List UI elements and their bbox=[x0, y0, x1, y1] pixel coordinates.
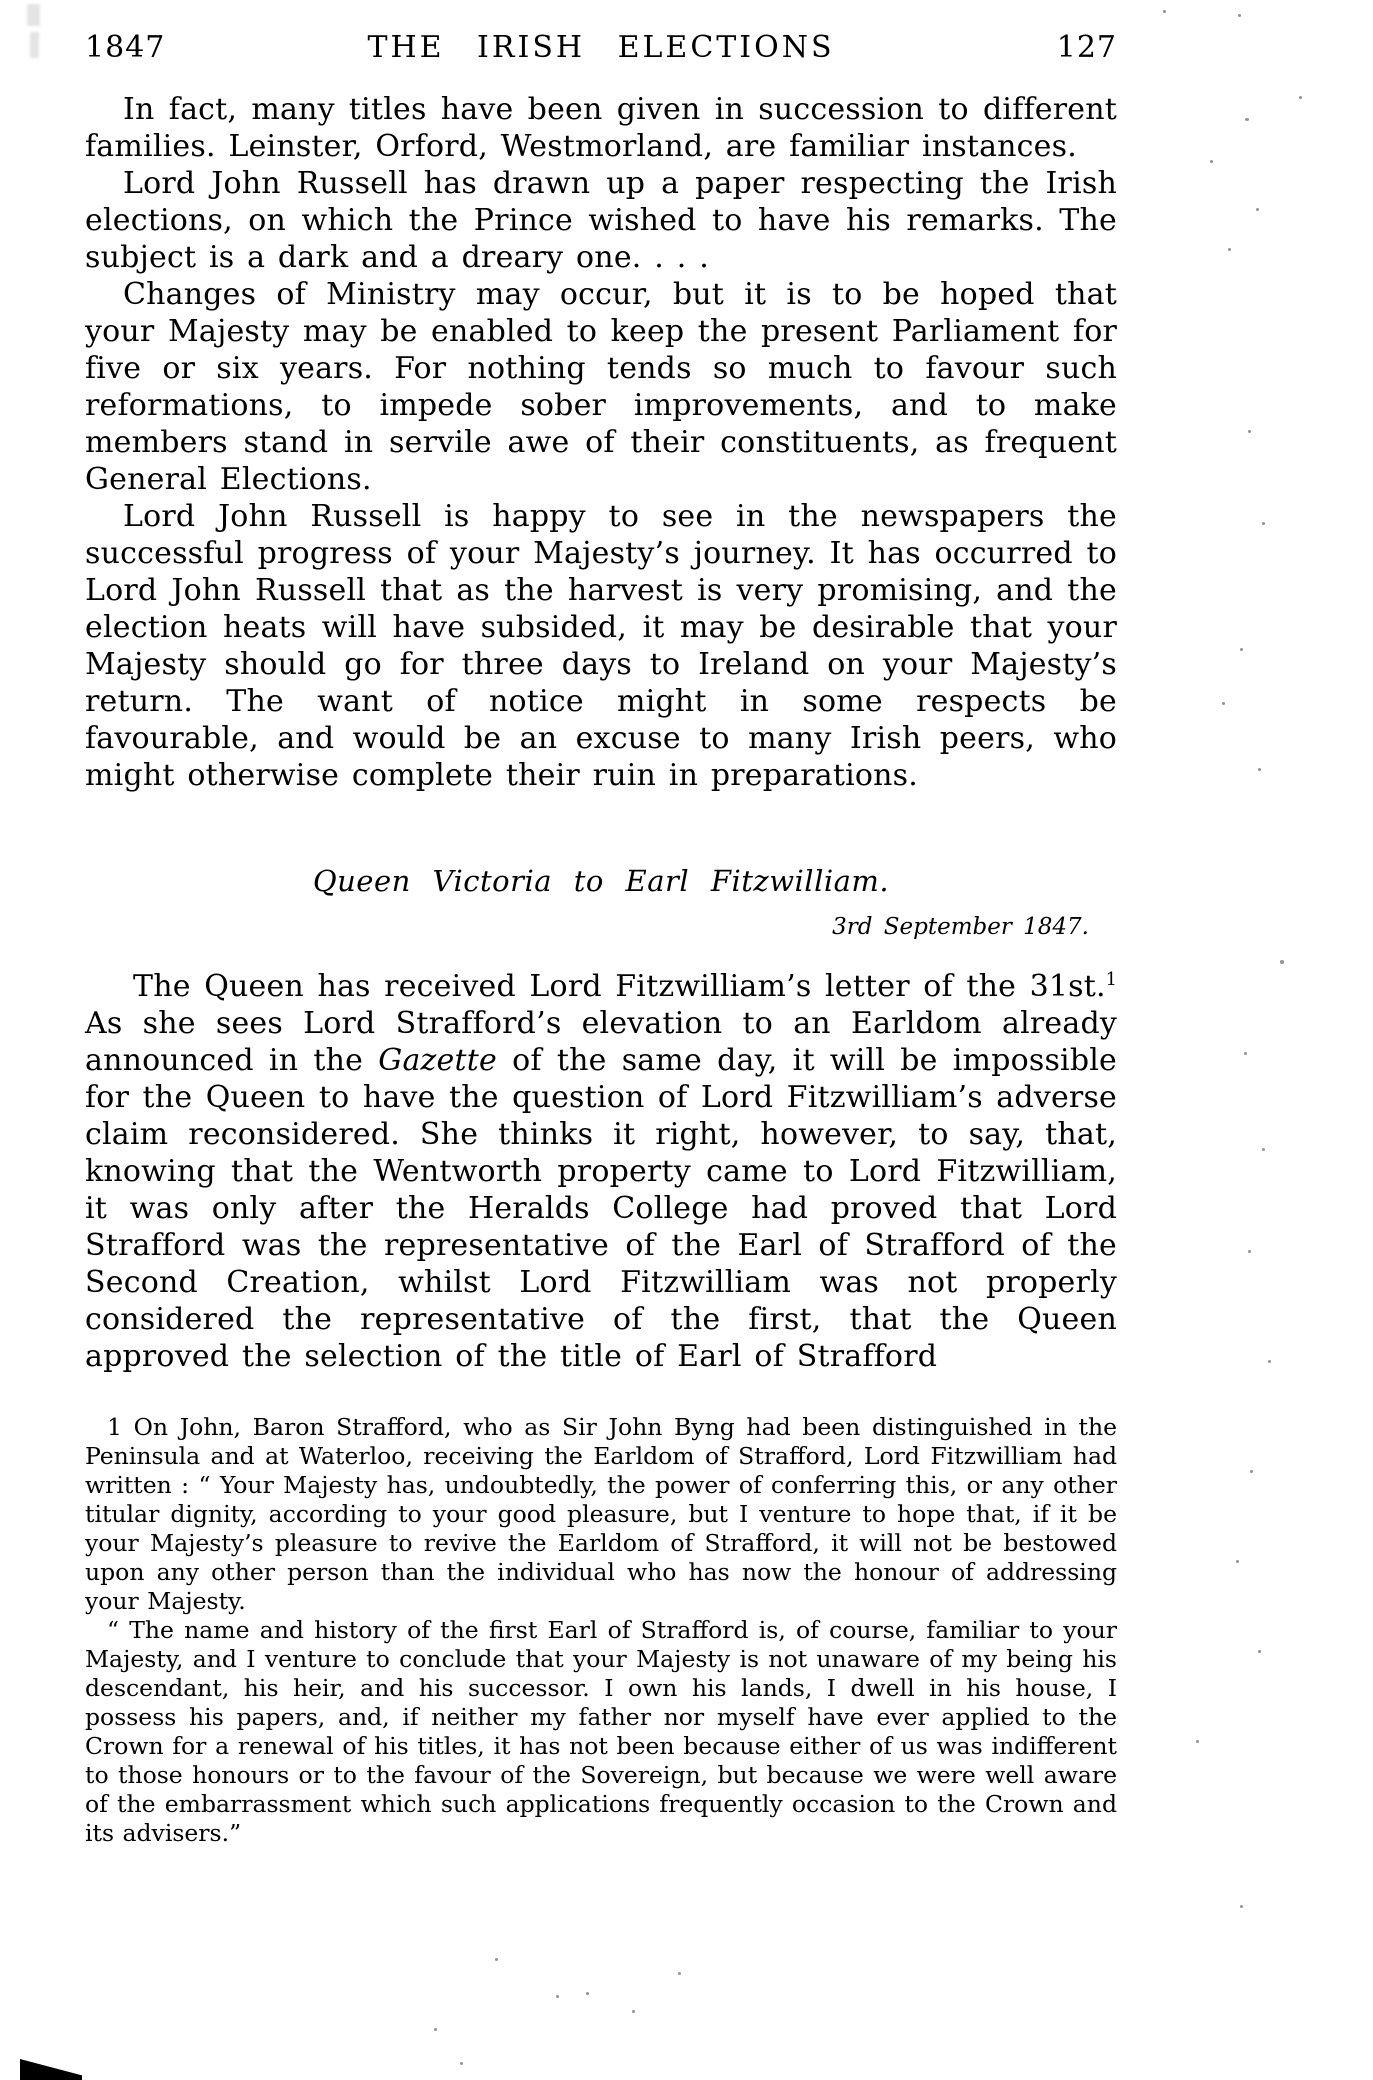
scan-speck bbox=[1240, 648, 1243, 651]
scan-speck bbox=[1262, 1148, 1265, 1151]
scan-speck bbox=[1258, 1650, 1261, 1653]
scan-speck bbox=[1280, 960, 1284, 964]
scan-speck bbox=[1299, 96, 1302, 99]
body-paragraph: In fact, many titles have been given in … bbox=[85, 91, 1117, 165]
scan-smudge bbox=[30, 32, 39, 58]
scan-speck bbox=[434, 2028, 437, 2031]
letter-date: 3rd September 1847. bbox=[85, 914, 1117, 940]
body-paragraph: Changes of Ministry may occur, but it is… bbox=[85, 276, 1117, 498]
scan-speck bbox=[1248, 1250, 1251, 1253]
footnote-paragraph: “ The name and history of the first Earl… bbox=[85, 1616, 1117, 1848]
scan-speck bbox=[1244, 1052, 1247, 1055]
footnote: 1 On John, Baron Strafford, who as Sir J… bbox=[85, 1413, 1117, 1848]
scan-speck bbox=[1236, 1560, 1239, 1563]
scan-speck bbox=[1210, 160, 1213, 163]
scan-speck bbox=[1228, 248, 1231, 251]
scan-speck bbox=[586, 1992, 589, 1995]
running-header: 1847 THE IRISH ELECTIONS 127 bbox=[85, 30, 1117, 65]
scan-speck bbox=[1163, 10, 1166, 13]
scan-speck bbox=[1258, 768, 1261, 771]
scan-speck bbox=[1250, 1470, 1253, 1473]
scan-artifact-wedge bbox=[20, 2059, 82, 2080]
body-text: In fact, many titles have been given in … bbox=[85, 91, 1117, 794]
scan-speck bbox=[1245, 118, 1249, 121]
scan-speck bbox=[1222, 702, 1225, 705]
scan-speck bbox=[1248, 430, 1251, 433]
header-page-number: 127 bbox=[967, 30, 1117, 65]
scan-speck bbox=[495, 1958, 498, 1961]
scan-speck bbox=[1256, 208, 1259, 211]
scan-smudge bbox=[27, 4, 40, 26]
header-title: THE IRISH ELECTIONS bbox=[235, 30, 967, 65]
scan-speck bbox=[1268, 1360, 1271, 1363]
page-column: 1847 THE IRISH ELECTIONS 127 In fact, ma… bbox=[85, 0, 1117, 1848]
letter-body: The Queen has received Lord Fitzwilliam’… bbox=[85, 968, 1117, 1375]
body-paragraph: Lord John Russell has drawn up a paper r… bbox=[85, 165, 1117, 276]
scan-speck bbox=[1262, 522, 1265, 525]
header-year: 1847 bbox=[85, 30, 235, 65]
scan-speck bbox=[1196, 1740, 1199, 1743]
scan-speck bbox=[460, 2062, 463, 2065]
letter-heading: Queen Victoria to Earl Fitzwilliam. bbox=[85, 864, 1117, 898]
scan-speck bbox=[556, 1995, 559, 1998]
scan-speck bbox=[1240, 1905, 1243, 1908]
body-paragraph: Lord John Russell is happy to see in the… bbox=[85, 498, 1117, 794]
scan-speck bbox=[678, 1972, 681, 1975]
scan-speck bbox=[1238, 14, 1241, 17]
scan-speck bbox=[632, 2010, 635, 2013]
footnote-paragraph: 1 On John, Baron Strafford, who as Sir J… bbox=[85, 1413, 1117, 1616]
